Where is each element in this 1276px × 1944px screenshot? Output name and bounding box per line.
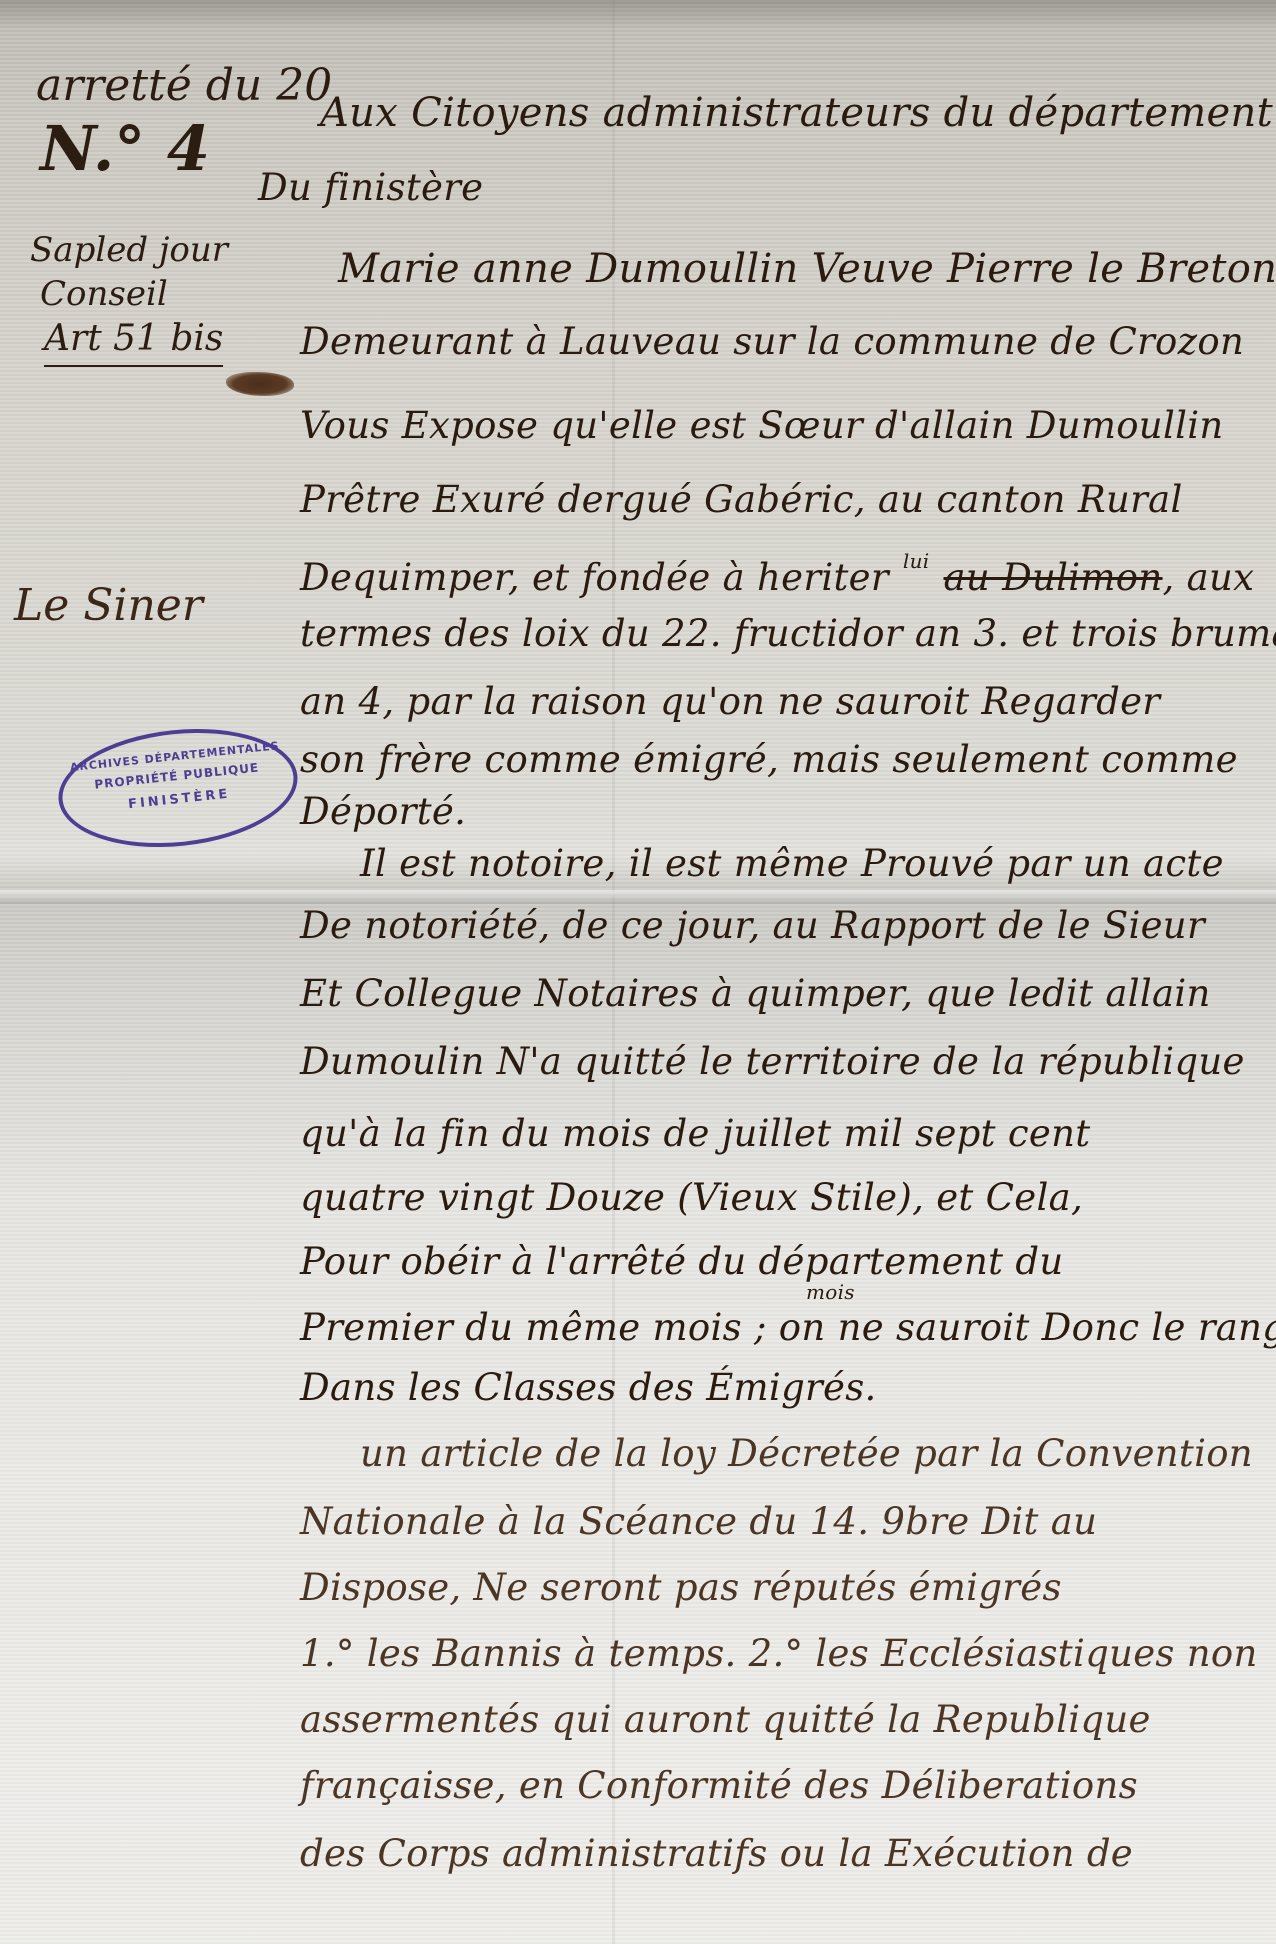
body-line-8: termes des loix du 22. fructidor an 3. e…: [300, 612, 1276, 655]
body-line-10: son frère comme émigré, mais seulement c…: [300, 738, 1238, 781]
body-line-27: des Corps administratifs ou la Exécution…: [300, 1832, 1133, 1875]
body-line-9: an 4, par la raison qu'on ne sauroit Reg…: [300, 680, 1160, 723]
body-line-7-end: , aux: [1163, 556, 1255, 599]
struck-out-text: au Dulimon: [944, 556, 1163, 599]
address-line-1: Aux Citoyens administrateurs du départem…: [320, 90, 1273, 136]
body-line-14: Et Collegue Notaires à quimper, que ledi…: [300, 972, 1211, 1015]
body-line-16: qu'à la fin du mois de juillet mil sept …: [300, 1112, 1090, 1155]
insertion-lui: lui: [903, 549, 930, 573]
document-page: arretté du 20 N.° 4 Sapled jour Conseil …: [0, 0, 1276, 1944]
insertion-mois: mois: [806, 1280, 855, 1304]
body-line-6: Prêtre Exuré dergué Gabéric, au canton R…: [300, 478, 1183, 521]
body-line-15: Dumoulin N'a quitté le territoire de la …: [300, 1040, 1245, 1083]
body-line-4: Demeurant à Lauveau sur la commune de Cr…: [300, 320, 1244, 363]
body-line-23: Dispose, Ne seront pas réputés émigrés: [300, 1566, 1062, 1609]
body-line-21: un article de la loy Décretée par la Con…: [360, 1432, 1253, 1475]
body-line-24: 1.° les Bannis à temps. 2.° les Ecclésia…: [300, 1632, 1258, 1675]
body-line-18: Pour obéir à l'arrêté du département du: [300, 1240, 1063, 1283]
body-line-25: assermentés qui auront quitté la Republi…: [300, 1698, 1151, 1741]
body-line-22: Nationale à la Scéance du 14. 9bre Dit a…: [300, 1500, 1097, 1543]
body-line-12: Il est notoire, il est même Prouvé par u…: [360, 842, 1224, 885]
address-line-2: Du finistère: [258, 166, 483, 209]
document-body: Aux Citoyens administrateurs du départem…: [0, 0, 1276, 1944]
body-line-5: Vous Expose qu'elle est Sœur d'allain Du…: [300, 404, 1223, 447]
body-line-11: Déporté.: [300, 790, 466, 833]
body-line-7: Dequimper, et fondée à heriter lui au Du…: [300, 556, 1254, 599]
body-line-17: quatre vingt Douze (Vieux Stile), et Cel…: [300, 1176, 1083, 1219]
body-line-7-text: Dequimper, et fondée à heriter: [300, 556, 889, 599]
body-line-20: Dans les Classes des Émigrés.: [300, 1366, 877, 1409]
body-line-19-text: Premier du même mois ; on ne sauroit Don…: [300, 1306, 1276, 1349]
body-line-19: Premier du même mois ; on ne sauroit Don…: [300, 1306, 1276, 1349]
body-line-3: Marie anne Dumoullin Veuve Pierre le Bre…: [338, 246, 1276, 292]
body-line-26: françaisse, en Conformité des Déliberati…: [300, 1764, 1138, 1807]
body-line-13: De notoriété, de ce jour, au Rapport de …: [300, 904, 1205, 947]
